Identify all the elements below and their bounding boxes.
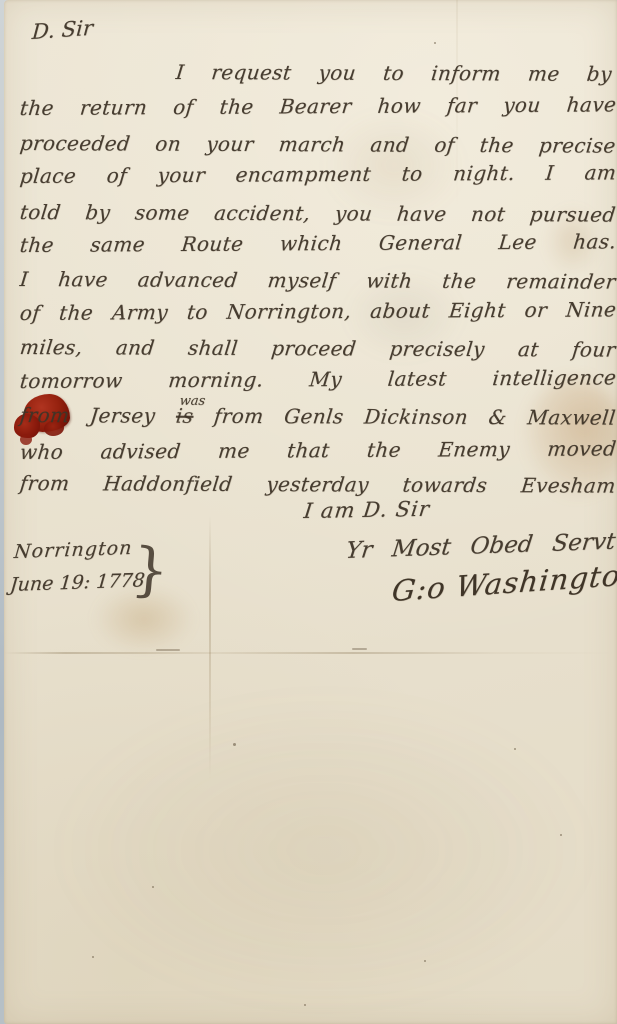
closing-line: I am D. Sir xyxy=(303,497,432,523)
letter-paper: D. Sir I request you to inform me by the… xyxy=(4,0,617,1024)
salutation: D. Sir xyxy=(31,16,94,44)
letter-text-layer: D. Sir I request you to inform me by the… xyxy=(4,0,617,1024)
body-line: from Haddonfield yesterday towards Evesh… xyxy=(19,470,617,499)
body-line-with-insertion: from Jersey wasis from Genls Dickinson &… xyxy=(19,402,617,431)
body-line: who advised me that the Enemy moved xyxy=(19,435,617,465)
body-line-post: from Genls Dickinson & Maxwell xyxy=(213,404,617,430)
body-line: the same Route which General Lee has. xyxy=(19,228,617,258)
body-line: place of your encampment to night. I am xyxy=(19,159,617,189)
struck-word-wrap: wasis xyxy=(175,403,195,429)
complimentary-close: Yr Most Obed Servt xyxy=(344,529,617,564)
body-line: the return of the Bearer how far you hav… xyxy=(19,91,617,121)
inserted-word: was xyxy=(178,389,206,415)
body-line-pre: from Jersey xyxy=(19,403,157,428)
signature-g-washington: G:o Washington xyxy=(390,558,617,608)
dateline-brace: } xyxy=(129,534,172,605)
body-line: I have advanced myself with the remainde… xyxy=(19,266,617,295)
body-line: of the Army to Norrington, about Eight o… xyxy=(19,296,617,326)
body-line: miles, and shall proceed precisely at fo… xyxy=(19,334,617,363)
dateline-date: June 19: 1778 xyxy=(9,569,146,596)
manuscript-photo: D. Sir I request you to inform me by the… xyxy=(0,0,617,1024)
dateline-place: Norrington xyxy=(13,537,133,563)
body-line: told by some accident, you have not purs… xyxy=(19,199,617,228)
body-line: proceeded on your march and of the preci… xyxy=(19,130,617,159)
body-line: tomorrow morning. My latest intelligence xyxy=(19,364,617,394)
body-line: I request you to inform me by xyxy=(175,59,614,87)
